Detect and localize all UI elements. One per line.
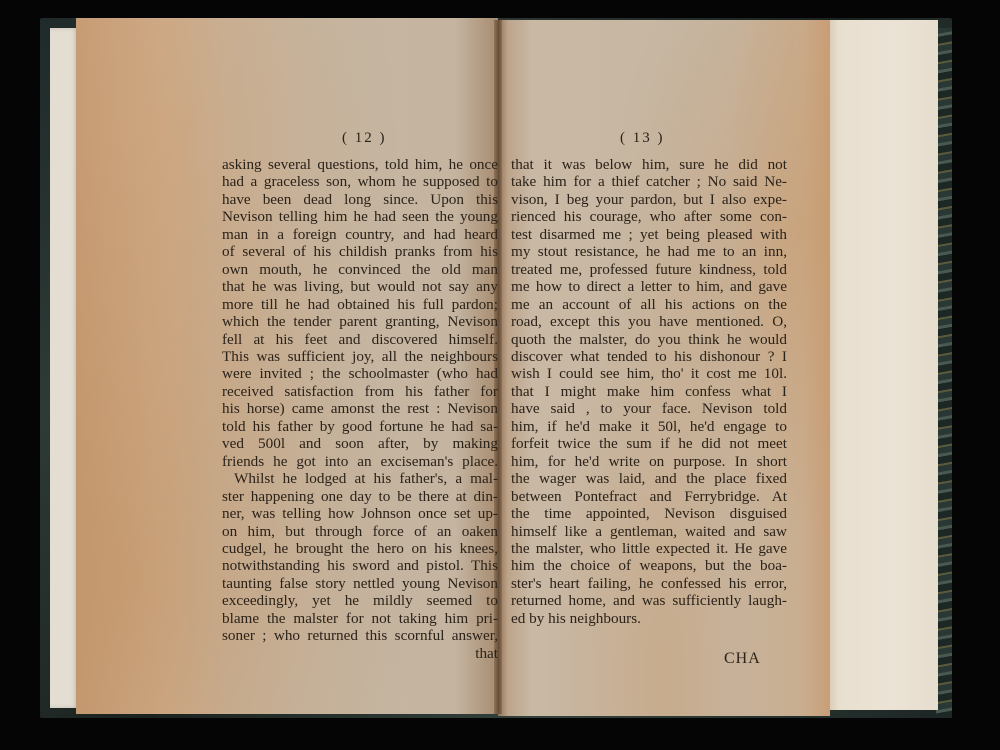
text-line: vison, I beg your pardon, but I also exp… <box>511 191 787 208</box>
text-line: blame the malster for not taking him pri… <box>222 610 498 627</box>
text-line: between Pontefract and Ferrybridge. At <box>511 488 787 505</box>
catchword-right: CHA <box>724 650 761 668</box>
text-line: me how to direct a letter to him, and ga… <box>511 278 787 295</box>
text-line: himself like a gentleman, waited and saw <box>511 523 787 540</box>
text-line: road, except this you have mentioned. O, <box>511 313 787 330</box>
text-line: notwithstanding his sword and pistol. Th… <box>222 557 498 574</box>
text-line: that he was living, but would not say an… <box>222 278 498 295</box>
left-page-text: asking several questions, told him, he o… <box>222 156 498 662</box>
text-line: have said , to your face. Nevison told <box>511 400 787 417</box>
text-line: me an account of all his actions on the <box>511 296 787 313</box>
text-line: on him, but through force of an oaken <box>222 523 498 540</box>
text-line: Nevison telling him he had seen the youn… <box>222 208 498 225</box>
text-line: fell at his feet and discovered himself. <box>222 331 498 348</box>
text-line: friends he got into an exciseman's place… <box>222 453 498 470</box>
text-line: man in a foreign country, and had heard <box>222 226 498 243</box>
text-line: ved 500l and soon after, by making <box>222 435 498 452</box>
text-line: treated me, professed future kindness, t… <box>511 261 787 278</box>
text-line: ster happening one day to be there at di… <box>222 488 498 505</box>
text-line: of several of his childish pranks from h… <box>222 243 498 260</box>
text-line: have been dead long since. Upon this <box>222 191 498 208</box>
text-line: forfeit twice the sum if he did not meet <box>511 435 787 452</box>
text-line: Whilst he lodged at his father's, a mal- <box>222 470 498 487</box>
text-line: him the choice of weapons, but the boa- <box>511 557 787 574</box>
text-line: the time appointed, Nevison disguised <box>511 505 787 522</box>
catchword-left: that <box>222 645 498 662</box>
text-line: test disarmed me ; yet being pleased wit… <box>511 226 787 243</box>
text-line: had a graceless son, whom he supposed to <box>222 173 498 190</box>
right-flyleaf <box>826 20 938 710</box>
text-line: This was sufficient joy, all the neighbo… <box>222 348 498 365</box>
text-line: cudgel, he brought the hero on his knees… <box>222 540 498 557</box>
page-number-left: ( 12 ) <box>342 130 387 147</box>
text-line: the wager was laid, and the place fixed <box>511 470 787 487</box>
text-line: my stout resistance, he had me to an inn… <box>511 243 787 260</box>
text-line: received satisfaction from his father fo… <box>222 383 498 400</box>
text-line: soner ; who returned this scornful answe… <box>222 627 498 644</box>
text-line: that it was below him, sure he did not <box>511 156 787 173</box>
text-line: exceedingly, yet he mildly seemed to <box>222 592 498 609</box>
text-line: ner, was telling how Johnson once set up… <box>222 505 498 522</box>
left-flyleaf <box>50 28 78 708</box>
text-line: which the tender parent granting, Neviso… <box>222 313 498 330</box>
text-line: rienced his courage, who after some con- <box>511 208 787 225</box>
right-page-text: that it was below him, sure he did not t… <box>511 156 787 627</box>
text-line: own mouth, he convinced the old man <box>222 261 498 278</box>
text-line: ster's heart failing, he confessed his e… <box>511 575 787 592</box>
text-line: were invited ; the schoolmaster (who had <box>222 365 498 382</box>
text-line: taunting false story nettled young Nevis… <box>222 575 498 592</box>
text-line: ed by his neighbours. <box>511 610 787 627</box>
text-line: him, for he'd write on purpose. In short <box>511 453 787 470</box>
text-line: take him for a thief catcher ; No said N… <box>511 173 787 190</box>
text-line: more till he had obtained his full pardo… <box>222 296 498 313</box>
marbled-cover-edge <box>936 28 952 718</box>
text-line: that I might make him confess what I <box>511 383 787 400</box>
text-line: quoth the malster, do you think he would <box>511 331 787 348</box>
text-line: wish I could see him, tho' it cost me 10… <box>511 365 787 382</box>
text-line: the malster, who little expected it. He … <box>511 540 787 557</box>
text-line: returned home, and was sufficiently laug… <box>511 592 787 609</box>
text-line: his horse) came amonst the rest : Neviso… <box>222 400 498 417</box>
text-line: him, if he'd make it 50l, he'd engage to <box>511 418 787 435</box>
text-line: asking several questions, told him, he o… <box>222 156 498 173</box>
text-line: told his father by good fortune he had s… <box>222 418 498 435</box>
page-number-right: ( 13 ) <box>620 130 665 147</box>
text-line: discover what tended to his dishonour ? … <box>511 348 787 365</box>
